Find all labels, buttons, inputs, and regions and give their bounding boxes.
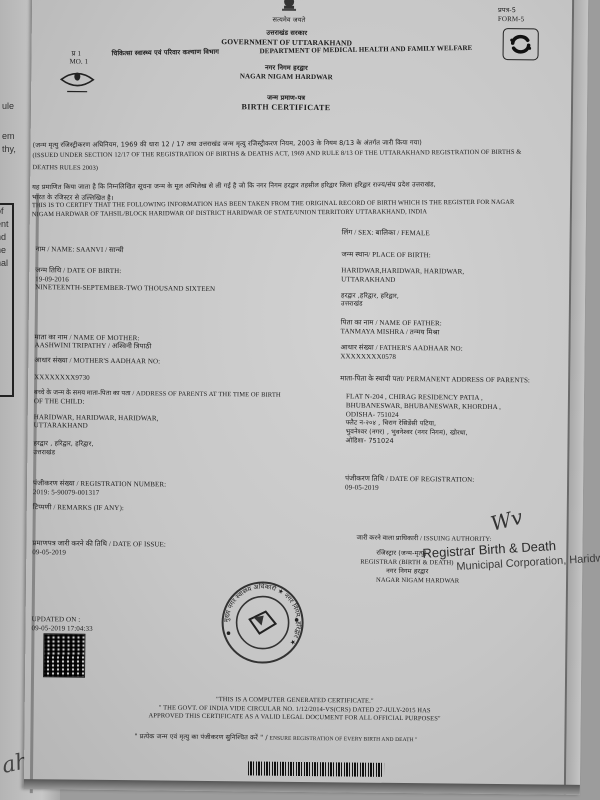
form-number: FORM-5 [498, 15, 524, 24]
page-edge [24, 779, 580, 795]
name-label: नाम / NAME: [35, 245, 74, 253]
permanent-address-label: माता-पिता के स्थायी पता/ PERMANENT ADDRE… [340, 374, 530, 385]
slogan-english: ENSURE REGISTRATION OF EVERY BIRTH AND D… [269, 736, 417, 744]
father-name-value: TANMAYA MISHRA / तन्मय मिश्रा [341, 327, 440, 337]
page-edge [564, 0, 588, 795]
left-code: MO. 1 [69, 58, 88, 67]
underlying-text: of [0, 205, 12, 218]
seal-text: मुख्य नगर स्वास्थ्य अधिकारी ★ नगर निगम, … [222, 582, 303, 647]
birth-certificate: सत्यमेव जयते उत्तराखंड सरकार GOVERNMENT … [24, 0, 588, 795]
place-of-birth-line: उत्तराखंड [341, 299, 363, 308]
birth-address-line: UTTARAKHAND [34, 421, 88, 431]
name-value: SAANVI / सान्वी [76, 246, 124, 254]
sex-value: बालिका / FEMALE [376, 229, 430, 238]
barcode [248, 761, 384, 776]
underlying-box: of ent nd he nal [0, 203, 14, 397]
slogan-hindi: " प्रत्येक जन्म एवं मृत्यु का पंजीकरण सु… [134, 732, 267, 741]
underlying-text: em [2, 130, 15, 142]
emblem-caption: सत्यमेव जयते [268, 16, 310, 25]
department-english: DEPARTMENT OF MEDICAL HEALTH AND FAMILY … [260, 44, 473, 56]
certify-hindi: यह प्रमाणित किया जाता है कि निम्नलिखित स… [32, 180, 436, 192]
underlying-text: ule [2, 100, 14, 112]
preamble-english-2: DEATHS RULES 2003) [32, 163, 98, 173]
date-of-registration-value: 09-05-2019 [345, 483, 379, 492]
sex-label: लिंग / SEX: [342, 228, 374, 236]
registration-number-value: 2019: 5-90079-001317 [33, 488, 99, 498]
updated-on-value: 09-05-2019 17:04:33 [31, 624, 92, 634]
signature: Wv [488, 505, 525, 536]
underlying-text: he [0, 244, 12, 257]
mother-aadhaar-label: आधार संख्या / MOTHER'S AADHAAR NO: [34, 356, 160, 366]
mother-aadhaar-value: XXXXXXXX9730 [34, 373, 90, 383]
date-of-issue-value: 09-05-2019 [32, 548, 66, 557]
health-department-logo-icon [59, 69, 95, 93]
authority-english: NAGAR NIGAM HARDWAR [201, 72, 371, 83]
department-hindi: चिकित्सा स्वास्थ्य एवं परिवार कल्याण विभ… [111, 48, 219, 59]
permanent-address-line: ओडिशा- 751024 [345, 436, 393, 446]
authority-line: नगर निगम हरद्वार [386, 567, 428, 576]
footer-slogan: " प्रत्येक जन्म एवं मृत्यु का पंजीकरण सु… [134, 732, 417, 745]
form-number-hindi: प्रपत्र-5 [498, 6, 516, 15]
national-emblem-icon [278, 0, 300, 14]
underlying-text: ent [0, 218, 12, 231]
form-logo-icon [503, 28, 539, 60]
father-aadhaar-value: XXXXXXXX0578 [340, 352, 396, 362]
certify-english-2: NIGAM HARDWAR OF TAHSIL/BLOCK HARIDWAR O… [32, 207, 427, 219]
sex-field: लिंग / SEX: बालिका / FEMALE [342, 228, 430, 238]
dob-words: NINETEENTH-SEPTEMBER-TWO THOUSAND SIXTEE… [35, 283, 215, 294]
qr-code [43, 633, 85, 677]
place-of-birth-line: UTTARAKHAND [341, 275, 395, 285]
svg-text:मुख्य नगर स्वास्थ्य अधिकारी ★: मुख्य नगर स्वास्थ्य अधिकारी ★ नगर निगम, … [222, 582, 303, 647]
underlying-text: nal [0, 257, 12, 270]
official-seal-icon: मुख्य नगर स्वास्थ्य अधिकारी ★ नगर निगम, … [213, 573, 312, 672]
name-field: नाम / NAME: SAANVI / सान्वी [35, 245, 123, 255]
underlying-text: thy, [2, 143, 16, 155]
remarks-label: टिप्पणी / REMARKS (IF ANY): [33, 503, 124, 513]
authority-line: NAGAR NIGAM HARDWAR [376, 576, 459, 586]
mother-name-value: AASHWINI TRIPATHY / अश्विनी त्रिपाठी [34, 341, 151, 351]
birth-address-label-2: OF THE CHILD: [34, 397, 85, 407]
birth-address-line: उत्तराखंड [33, 448, 55, 457]
place-of-birth-label: जन्म स्थान/ PLACE OF BIRTH: [341, 250, 430, 260]
certificate-title: BIRTH CERTIFICATE [201, 102, 371, 113]
underlying-text: nd [0, 231, 12, 244]
